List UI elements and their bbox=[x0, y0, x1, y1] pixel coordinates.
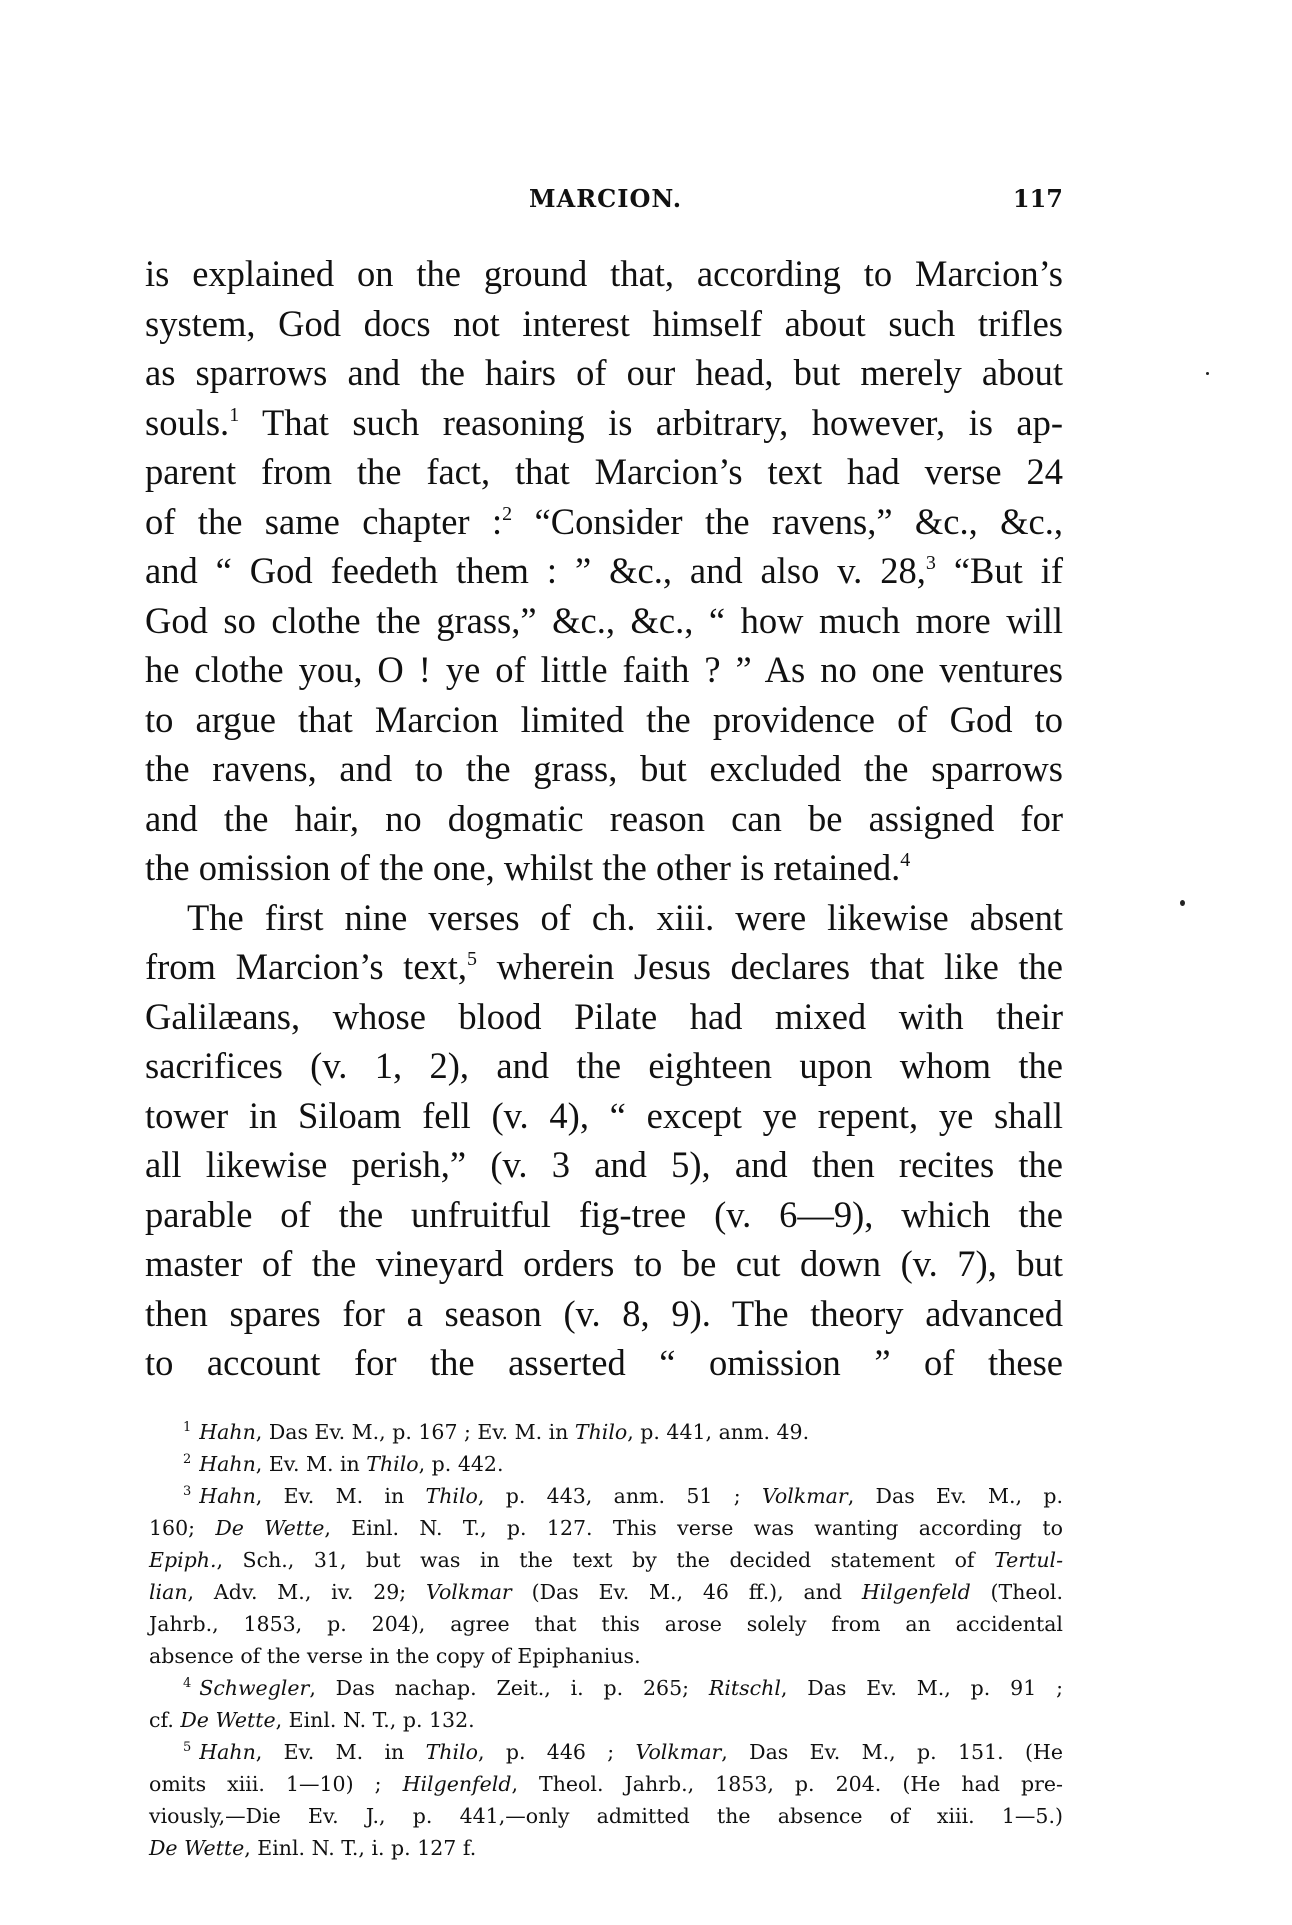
footnote-line: cf. De Wette, Einl. N. T., p. 132. bbox=[149, 1704, 1063, 1736]
body-line: as sparrows and the hairs of our head, b… bbox=[145, 348, 1063, 398]
footnote-line: omits xiii. 1—10) ; Hilgenfeld, Theol. J… bbox=[149, 1768, 1063, 1800]
citation-author: lian bbox=[149, 1580, 188, 1604]
footnote-number: 1 bbox=[183, 1420, 191, 1435]
body-line: is explained on the ground that, accordi… bbox=[145, 249, 1063, 299]
citation-author: Volkmar bbox=[426, 1580, 512, 1604]
body-line: The first nine verses of ch. xiii. were … bbox=[145, 893, 1063, 943]
citation-author: Thilo bbox=[366, 1452, 418, 1476]
citation-author: Hahn bbox=[199, 1420, 256, 1444]
footnote-line: 2Hahn, Ev. M. in Thilo, p. 442. bbox=[149, 1448, 1063, 1480]
citation-author: Epiph. bbox=[149, 1548, 217, 1572]
body-line: sacrifices (v. 1, 2), and the eighteen u… bbox=[145, 1041, 1063, 1091]
citation-author: Hilgenfeld bbox=[862, 1580, 971, 1604]
citation-author: Volkmar bbox=[762, 1484, 848, 1508]
body-line: then spares for a season (v. 8, 9). The … bbox=[145, 1289, 1063, 1339]
body-line: parable of the unfruitful fig-tree (v. 6… bbox=[145, 1190, 1063, 1240]
footnote-line: 5Hahn, Ev. M. in Thilo, p. 446 ; Volkmar… bbox=[149, 1736, 1063, 1768]
footnote-line: 3Hahn, Ev. M. in Thilo, p. 443, anm. 51 … bbox=[149, 1480, 1063, 1512]
footnote-reference: 3 bbox=[926, 552, 936, 574]
body-line: and “ God feedeth them : ” &c., and also… bbox=[145, 546, 1063, 596]
footnote-line: 4Schwegler, Das nachap. Zeit., i. p. 265… bbox=[149, 1672, 1063, 1704]
citation-author: Hahn bbox=[199, 1740, 256, 1764]
body-line: Galilæans, whose blood Pilate had mixed … bbox=[145, 992, 1063, 1042]
citation-author: Thilo bbox=[575, 1420, 627, 1444]
scan-speck bbox=[1206, 372, 1209, 375]
footnote-line: 160; De Wette, Einl. N. T., p. 127. This… bbox=[149, 1512, 1063, 1544]
footnote-reference: 2 bbox=[502, 503, 512, 525]
footnote-line: De Wette, Einl. N. T., i. p. 127 f. bbox=[149, 1832, 1063, 1864]
citation-author: Ritschl bbox=[709, 1676, 781, 1700]
citation-author: Hilgenfeld bbox=[403, 1772, 512, 1796]
body-line: the ravens, and to the grass, but exclud… bbox=[145, 744, 1063, 794]
footnote-reference: 4 bbox=[900, 849, 910, 871]
body-line: the omission of the one, whilst the othe… bbox=[145, 843, 1063, 893]
footnote-number: 3 bbox=[183, 1484, 191, 1499]
page-number: 117 bbox=[1013, 182, 1063, 216]
footnote-line: Jahrb., 1853, p. 204), agree that this a… bbox=[149, 1608, 1063, 1640]
footnote-line: absence of the verse in the copy of Epip… bbox=[149, 1640, 1063, 1672]
body-line: tower in Siloam fell (v. 4), “ except ye… bbox=[145, 1091, 1063, 1141]
body-line: and the hair, no dogmatic reason can be … bbox=[145, 794, 1063, 844]
footnote-line: 1Hahn, Das Ev. M., p. 167 ; Ev. M. in Th… bbox=[149, 1416, 1063, 1448]
body-text: is explained on the ground that, accordi… bbox=[145, 249, 1063, 1388]
citation-author: Thilo bbox=[426, 1484, 478, 1508]
body-line: parent from the fact, that Marcion’s tex… bbox=[145, 447, 1063, 497]
body-line: souls.1 That such reasoning is arbitrary… bbox=[145, 398, 1063, 448]
body-line: from Marcion’s text,5 wherein Jesus decl… bbox=[145, 942, 1063, 992]
footnote-line: lian, Adv. M., iv. 29; Volkmar (Das Ev. … bbox=[149, 1576, 1063, 1608]
citation-author: Schwegler bbox=[199, 1676, 309, 1700]
footnote-number: 4 bbox=[183, 1676, 191, 1691]
footnote-reference: 1 bbox=[229, 404, 239, 426]
footnotes: 1Hahn, Das Ev. M., p. 167 ; Ev. M. in Th… bbox=[149, 1416, 1063, 1864]
body-line: system, God docs not interest himself ab… bbox=[145, 299, 1063, 349]
footnote-reference: 5 bbox=[467, 948, 477, 970]
body-line: to account for the asserted “ omission ”… bbox=[145, 1338, 1063, 1388]
body-line: God so clothe the grass,” &c., &c., “ ho… bbox=[145, 596, 1063, 646]
running-head: MARCION. 117 bbox=[145, 182, 1063, 216]
body-line: he clothe you, O ! ye of little faith ? … bbox=[145, 645, 1063, 695]
citation-author: De Wette bbox=[149, 1836, 244, 1860]
footnote-line: Epiph., Sch., 31, but was in the text by… bbox=[149, 1544, 1063, 1576]
citation-author: Tertul- bbox=[994, 1548, 1063, 1572]
citation-author: De Wette bbox=[180, 1708, 275, 1732]
scan-speck bbox=[1180, 900, 1185, 906]
citation-author: Thilo bbox=[426, 1740, 478, 1764]
body-line: master of the vineyard orders to be cut … bbox=[145, 1239, 1063, 1289]
footnote-number: 2 bbox=[183, 1452, 191, 1467]
footnote-number: 5 bbox=[183, 1740, 191, 1755]
footnote-line: viously,—Die Ev. J., p. 441,—only admitt… bbox=[149, 1800, 1063, 1832]
body-line: of the same chapter :2 “Consider the rav… bbox=[145, 497, 1063, 547]
running-title: MARCION. bbox=[529, 182, 682, 216]
citation-author: De Wette bbox=[215, 1516, 324, 1540]
body-line: to argue that Marcion limited the provid… bbox=[145, 695, 1063, 745]
citation-author: Hahn bbox=[199, 1484, 256, 1508]
body-line: all likewise perish,” (v. 3 and 5), and … bbox=[145, 1140, 1063, 1190]
citation-author: Hahn bbox=[199, 1452, 256, 1476]
citation-author: Volkmar bbox=[636, 1740, 722, 1764]
